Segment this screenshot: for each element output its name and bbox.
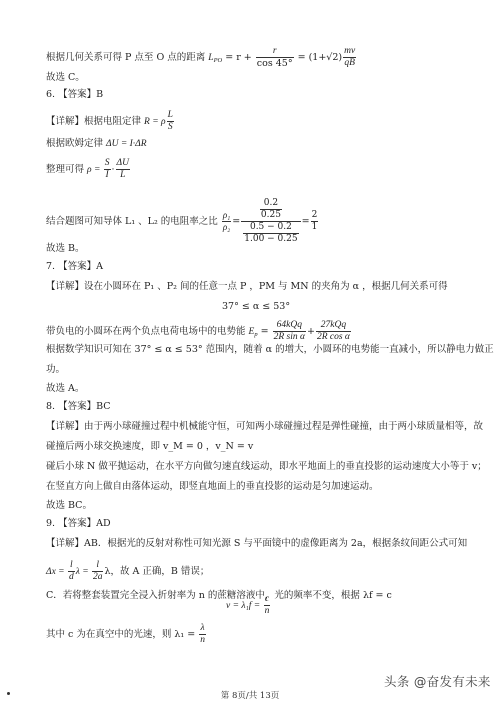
q8-detail-3: 碰后小球 N 做平抛运动，在水平方向做匀速直线运动，即水平地面上的垂直投影的运动… xyxy=(46,461,487,473)
denominator: 0.25 xyxy=(260,210,282,221)
denominator: cos 45° xyxy=(256,58,294,69)
numerator: ρ₁ xyxy=(222,210,231,222)
fraction: 64kQq2R sin α xyxy=(273,320,306,343)
denominator: 2R cos α xyxy=(316,332,351,343)
numerator: r xyxy=(256,46,294,58)
numerator: λ xyxy=(199,623,206,635)
numerator: 0.5 − 0.2 xyxy=(243,222,298,234)
line-text: 根据欧姆定律 xyxy=(46,138,106,149)
fraction: cn xyxy=(264,594,271,617)
text-line-distance: 根据几何关系可得 P 点至 O 点的距离 LPO = r + rcos 45° … xyxy=(46,46,357,69)
q9-detail: 【详解】AB．根据光的反射对称性可知光源 S 与平面镜中的虚像距离为 2a，根据… xyxy=(46,538,467,550)
q6-arrange: 整理可得 ρ = SI·ΔUL xyxy=(46,158,131,181)
subscript: PO xyxy=(214,57,223,64)
q7-answer-header: 7. 【答案】A xyxy=(46,261,103,273)
line-text: 其中 c 为在真空中的光速，则 λ₁ = xyxy=(46,629,198,640)
numerator: L xyxy=(167,110,174,122)
denominator: L xyxy=(116,170,130,181)
numerator: l xyxy=(92,560,104,572)
q8-detail-4: 在竖直方向上做自由落体运动，即竖直地面上的垂直投影的运动是匀加速运动。 xyxy=(46,481,379,493)
denominator: d xyxy=(68,572,75,583)
denominator: I xyxy=(104,170,111,181)
fraction: ΔUL xyxy=(116,158,130,181)
choice-a: 故选 A。 xyxy=(46,383,84,395)
q8-answer-header: 8. 【答案】BC xyxy=(46,401,111,413)
fraction: rcos 45° xyxy=(256,46,294,69)
line-text: λ，故 A 正确，B 错误； xyxy=(104,566,209,577)
q7-conclusion: 根据数学知识可知在 37° ≤ α ≤ 53° 范围内，随着 α 的增大，小圆环… xyxy=(46,344,494,356)
q8-detail-2: 碰撞后两小球交换速度，即 v_M = 0 ，v_N = v xyxy=(46,441,253,453)
q7-energy: 带负电的小圆环在两个负点电荷电场中的电势能 Ep = 64kQq2R sin α… xyxy=(46,320,352,343)
choice-c: 故选 C。 xyxy=(46,72,85,84)
choice-bc: 故选 BC。 xyxy=(46,500,92,512)
fraction: λn xyxy=(199,623,206,646)
choice-b: 故选 B。 xyxy=(46,243,85,255)
numerator: 64kQq xyxy=(273,320,306,332)
subscript: p xyxy=(254,331,257,338)
fraction: SI xyxy=(104,158,111,181)
q8-detail: 【详解】由于两小球碰撞过程中机械能守恒，可知两小球碰撞过程是弹性碰撞，由于两小球… xyxy=(46,421,483,433)
q7-detail: 【详解】设在小圆环在 P₁ 、P₂ 间的任意一点 P ，PM 与 MN 的夹角为… xyxy=(46,281,448,293)
denominator: 1.00 − 0.25 xyxy=(243,234,298,245)
line-text: 带负电的小圆环在两个负点电荷电场中的电势能 xyxy=(46,326,249,337)
numerator: mv xyxy=(343,46,356,58)
formula: ρ = xyxy=(87,165,103,175)
formula: ΔU = I·ΔR xyxy=(106,139,147,149)
formula: = (1+√2) xyxy=(295,52,343,63)
numerator: c xyxy=(264,594,271,606)
denominator: 1 xyxy=(311,222,319,233)
page-number-footer: 第 8页/共 13页 xyxy=(0,689,500,701)
fraction: 21 xyxy=(311,210,319,233)
denominator: S xyxy=(167,122,174,133)
q6-answer-header: 6. 【答案】B xyxy=(46,89,103,101)
q9-velocity-formula: v = λ₁f = cn xyxy=(226,594,271,617)
denominator: 2a xyxy=(92,572,104,583)
line-text: 结合题图可知导体 L₁ 、L₂ 的电阻率之比 xyxy=(46,216,221,227)
denominator: qB xyxy=(343,58,356,69)
q6-ohm: 根据欧姆定律 ΔU = I·ΔR xyxy=(46,138,147,150)
fraction: l2a xyxy=(92,560,104,583)
line-text: 根据几何关系可得 P 点至 O 点的距离 xyxy=(46,52,208,63)
fraction: mvqB xyxy=(343,46,356,69)
formula: λ = xyxy=(76,567,91,577)
fraction: 27kQq2R cos α xyxy=(316,320,351,343)
formula: Δx = xyxy=(46,567,67,577)
denominator: ρ₂ xyxy=(222,222,231,233)
compound-fraction: 0.20.250.5 − 0.21.00 − 0.25 xyxy=(241,198,300,245)
formula: = r + xyxy=(222,52,255,63)
numerator: S xyxy=(104,158,111,170)
formula: R = ρ xyxy=(144,117,166,127)
numerator: ΔU xyxy=(116,158,130,170)
numerator: l xyxy=(68,560,75,572)
q7-conclusion-cont: 功。 xyxy=(46,364,65,376)
numerator: 0.2 xyxy=(260,198,282,210)
q6-detail: 【详解】根据电阻定律 R = ρLS xyxy=(46,110,175,133)
formula: v = λ₁f = xyxy=(226,601,263,611)
denominator: n xyxy=(264,606,271,617)
fraction: LS xyxy=(167,110,174,133)
numerator: 27kQq xyxy=(316,320,351,332)
q9-where: 其中 c 为在真空中的光速，则 λ₁ = λn xyxy=(46,623,207,646)
line-text: 整理可得 xyxy=(46,164,87,175)
fraction: 0.5 − 0.21.00 − 0.25 xyxy=(243,222,298,245)
denominator: n xyxy=(199,635,206,646)
q9-answer-header: 9. 【答案】AD xyxy=(46,518,111,530)
q9-fringe-formula: Δx = ldλ = l2aλ，故 A 正确，B 错误； xyxy=(46,560,209,583)
line-text: 【详解】根据电阻定律 xyxy=(46,116,144,127)
numerator: 2 xyxy=(311,210,319,222)
watermark: 头条 @奋发有未来 xyxy=(384,672,491,690)
q6-ratio: 结合题图可知导体 L₁ 、L₂ 的电阻率之比 ρ₁ρ₂=0.20.250.5 −… xyxy=(46,198,319,245)
fraction: ld xyxy=(68,560,75,583)
q7-range: 37° ≤ α ≤ 53° xyxy=(222,301,290,313)
denominator: 2R sin α xyxy=(273,332,306,343)
fraction: 0.20.25 xyxy=(260,198,282,221)
q9-c: C．若将整套装置完全浸入折射率为 n 的蔗糖溶液中，光的频率不变，根据 λf =… xyxy=(46,590,392,602)
fraction: ρ₁ρ₂ xyxy=(222,210,231,233)
